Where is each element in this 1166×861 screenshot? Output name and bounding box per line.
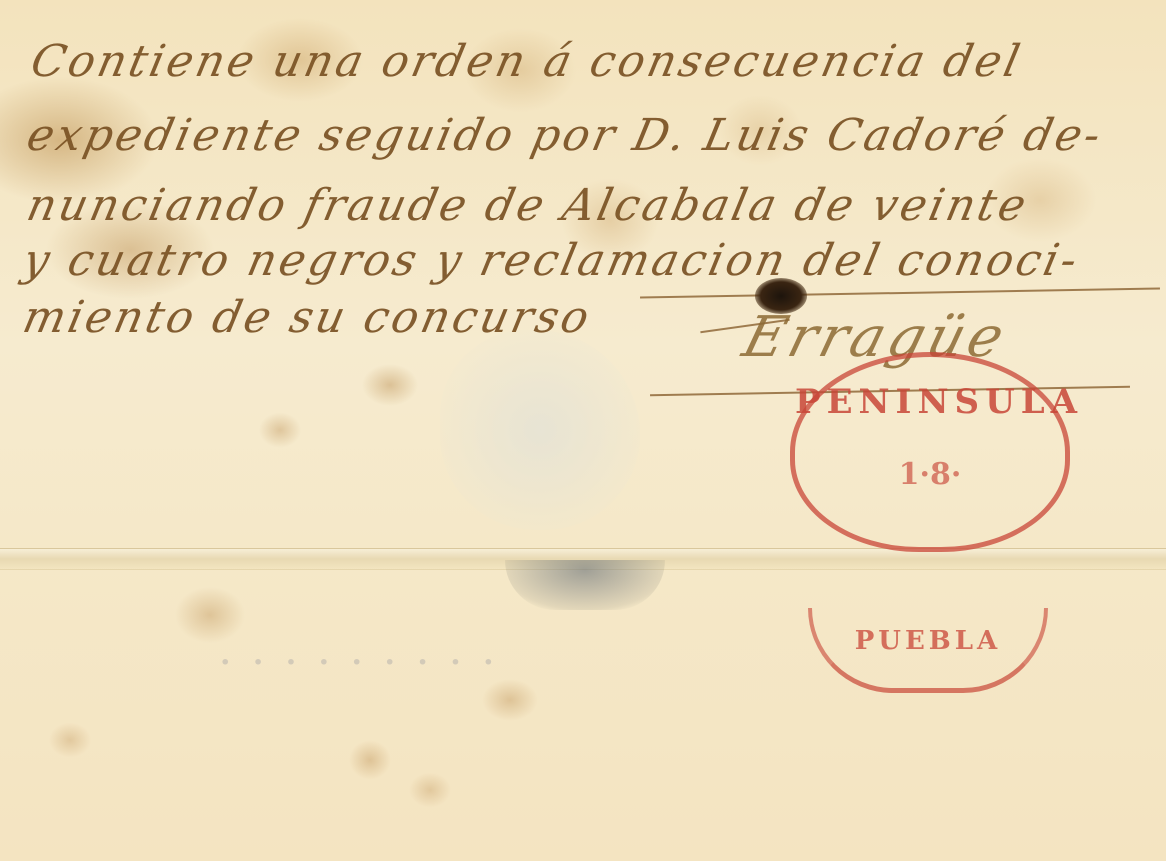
text-line-1: Contiene una orden á consecuencia del bbox=[27, 36, 1027, 87]
red-postmark-circle: PENINSULA 1·8· bbox=[790, 352, 1070, 552]
wax-seal-stain bbox=[505, 560, 665, 610]
faint-show-through-text: · · · · · · · · · bbox=[220, 645, 500, 680]
text-line-3: nunciando fraude de Alcabala de veinte bbox=[23, 180, 1034, 231]
postmark-town: PUEBLA bbox=[812, 626, 1044, 656]
postmark-date: 1·8· bbox=[795, 457, 1065, 492]
postmark-text: PENINSULA bbox=[795, 382, 1065, 422]
text-line-5: miento de su concurso bbox=[19, 292, 597, 343]
text-line-4: y cuatro negros y reclamacion del conoci… bbox=[19, 235, 1085, 286]
text-line-2: expediente seguido por D. Luis Cadoré de… bbox=[23, 110, 1108, 161]
